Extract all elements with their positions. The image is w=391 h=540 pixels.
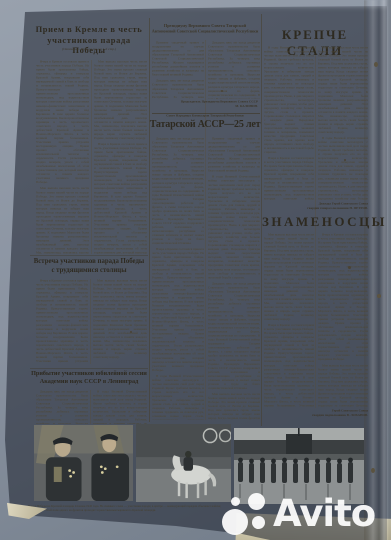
text-column: Двадцать пять лет назад декретом Советск… <box>208 41 260 99</box>
avito-logo-icon <box>221 491 268 536</box>
text-column: Примите сердечный привет и поздравления … <box>208 137 260 420</box>
paper-speck <box>344 159 346 161</box>
binding-hole <box>371 468 375 473</box>
binding-hole <box>374 62 378 67</box>
headline-tatar: Татарской АССР—25 лет <box>148 119 262 130</box>
divider-rule <box>30 368 148 369</box>
text-column: Мне выпала высокая честь нести боевое зн… <box>94 60 147 254</box>
text-column: Вчера в Кремле состоялся прием в честь у… <box>36 279 88 364</box>
krepche-signature-line2: гвардии генерал-полковник Н. ПЕТРОВ. <box>262 206 368 210</box>
column-rule <box>90 279 91 364</box>
decree-signature-line2: М. КАЛИНИН. <box>150 104 258 108</box>
priem-subtitle: (Окончание. Начало см. на 1-й стр.) <box>30 47 148 55</box>
text-column: В годы Великой Отечественной войны совет… <box>93 390 147 424</box>
text-column: Вчера в Кремле состоялся прием в честь у… <box>318 233 368 407</box>
text-column: Мне выпала высокая честь нести боевое зн… <box>318 46 368 201</box>
mausoleum <box>286 434 312 454</box>
headline-vstrecha-line2: с трудящимися столицы <box>30 267 148 274</box>
avito-watermark: Avito <box>221 491 375 536</box>
znamenostsy-signature-line2: гвардии подполковник В. ЛОБАНОВ. <box>262 413 368 417</box>
page-fold-edge <box>364 0 391 540</box>
paper-speck <box>221 90 223 92</box>
avito-listing-photo: Прием в Кремле в честь участников парада… <box>0 0 391 540</box>
text-column: Двадцать пять лет назад декретом Советск… <box>152 137 204 420</box>
paper-speck <box>348 266 351 269</box>
text-column: В годы Великой Отечественной войны совет… <box>264 46 314 201</box>
text-column: Вчера в Кремле состоялся прием в честь у… <box>36 60 89 254</box>
column-rule <box>91 60 92 254</box>
newspaper-page: Прием в Кремле в честь участников парада… <box>0 0 391 540</box>
headline-pribytie-line2: Академии наук СССР в Ленинград <box>30 378 148 385</box>
binding-hole <box>377 294 381 298</box>
decree-heading-line2: Автономной Советской Социалистической Ре… <box>150 29 260 35</box>
headline-znamenostsy: ЗНАМЕНОСЦЫ <box>262 214 368 230</box>
headline-pribytie-line1: Прибытие участников юбилейной сессии <box>30 370 148 377</box>
photo-horse-rider <box>136 424 231 502</box>
text-column: Примите сердечный привет и поздравления … <box>152 41 204 99</box>
text-column: Мне выпала высокая честь нести боевое зн… <box>264 233 314 407</box>
divider-rule <box>30 255 148 256</box>
znamenostsy-signature: Герой Советского Союза гвардии подполков… <box>262 409 368 427</box>
headline-vstrecha-line1: Встреча участников парада Победы <box>30 258 148 265</box>
headline-priem-line1: Прием в Кремле в честь <box>30 24 148 34</box>
column-rule <box>90 390 91 424</box>
column-rule <box>205 40 206 420</box>
paper-speck <box>130 331 132 333</box>
section-rule <box>149 18 150 422</box>
photo-two-officers <box>34 425 133 501</box>
text-column: Мне выпала высокая честь нести боевое зн… <box>93 279 147 364</box>
avito-watermark-label: Avito <box>273 495 375 532</box>
text-column: Двадцать пять лет назад декретом Советск… <box>36 390 88 424</box>
